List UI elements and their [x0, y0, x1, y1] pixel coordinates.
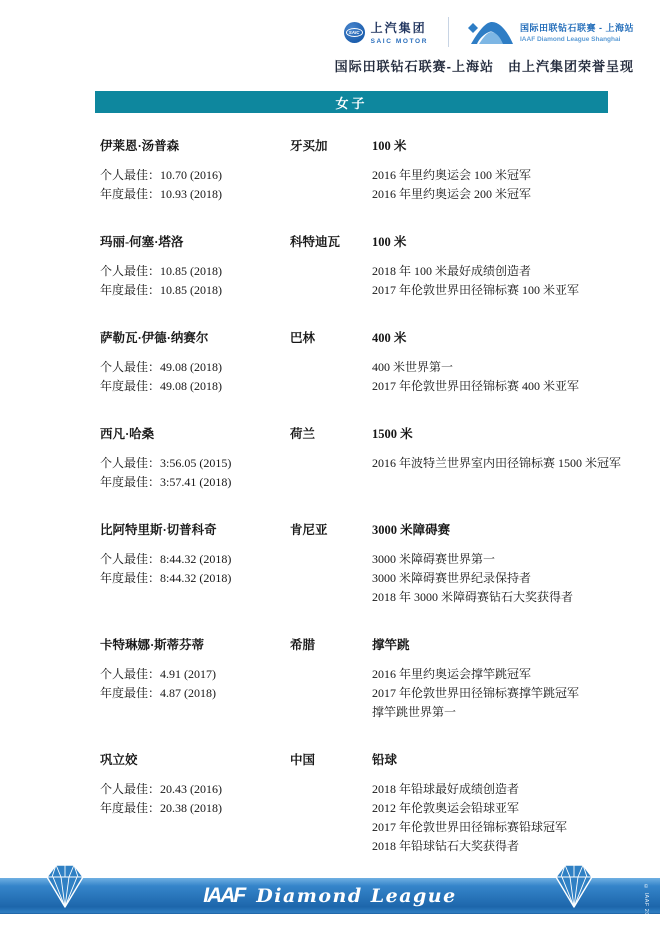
athlete-event: 400 米 — [372, 329, 610, 348]
footer-copyright: © IAAF 2009 — [643, 884, 649, 923]
season-best: 年度最佳：10.93 (2018) — [100, 185, 290, 204]
athlete-entry: 玛丽-何塞·塔洛 科特迪瓦 100 米 个人最佳：10.85 (2018) 年度… — [100, 233, 610, 300]
achievement-line: 撑竿跳世界第一 — [372, 703, 610, 722]
achievement-line: 2017 年伦敦世界田径锦标赛 100 米亚军 — [372, 281, 610, 300]
athlete-entry: 伊莱恩·汤普森 牙买加 100 米 个人最佳：10.70 (2016) 年度最佳… — [100, 137, 610, 204]
diamond-league-name-cn: 国际田联钻石联赛 - 上海站 — [520, 21, 634, 34]
athlete-event: 撑竿跳 — [372, 636, 610, 655]
header-logo-row: SAIC 上汽集团 SAIC MOTOR 国际田联钻石联赛 - 上海站 IAAF… — [344, 17, 634, 47]
achievement-line: 2018 年 100 米最好成绩创造者 — [372, 262, 610, 281]
logo-divider — [448, 17, 449, 47]
athlete-list: 伊莱恩·汤普森 牙买加 100 米 个人最佳：10.70 (2016) 年度最佳… — [100, 137, 610, 885]
section-title-women: 女子 — [95, 91, 608, 113]
athlete-country: 荷兰 — [290, 425, 372, 444]
personal-best: 个人最佳：20.43 (2016) — [100, 780, 290, 799]
achievement-line: 400 米世界第一 — [372, 358, 610, 377]
diamond-league-logo-icon — [467, 19, 513, 45]
athlete-event: 100 米 — [372, 137, 610, 156]
achievement-line: 3000 米障碍赛世界第一 — [372, 550, 610, 569]
personal-best: 个人最佳：49.08 (2018) — [100, 358, 290, 377]
athlete-entry: 西凡·哈桑 荷兰 1500 米 个人最佳：3:56.05 (2015) 年度最佳… — [100, 425, 610, 492]
achievement-line: 2016 年波特兰世界室内田径锦标赛 1500 米冠军 — [372, 454, 621, 473]
personal-best: 个人最佳：3:56.05 (2015) — [100, 454, 290, 473]
diamond-league-name-en: IAAF Diamond League Shanghai — [520, 36, 634, 43]
page: SAIC 上汽集团 SAIC MOTOR 国际田联钻石联赛 - 上海站 IAAF… — [0, 0, 660, 926]
season-best: 年度最佳：8:44.32 (2018) — [100, 569, 290, 588]
athlete-event: 1500 米 — [372, 425, 610, 444]
athlete-country: 牙买加 — [290, 137, 372, 156]
achievement-line: 2018 年铅球最好成绩创造者 — [372, 780, 610, 799]
athlete-country: 希腊 — [290, 636, 372, 655]
personal-best: 个人最佳：4.91 (2017) — [100, 665, 290, 684]
achievement-line: 2017 年伦敦世界田径锦标赛铅球冠军 — [372, 818, 610, 837]
athlete-country: 巴林 — [290, 329, 372, 348]
athlete-event: 100 米 — [372, 233, 610, 252]
achievement-line: 2016 年里约奥运会 100 米冠军 — [372, 166, 610, 185]
diamond-icon — [549, 862, 599, 910]
saic-name-en: SAIC MOTOR — [371, 38, 428, 45]
presented-by-tagline: 国际田联钻石联赛-上海站 由上汽集团荣誉呈现 — [335, 56, 634, 75]
athlete-entry: 比阿特里斯·切普科奇 肯尼亚 3000 米障碍赛 个人最佳：8:44.32 (2… — [100, 521, 610, 607]
season-best: 年度最佳：49.08 (2018) — [100, 377, 290, 396]
achievement-line: 3000 米障碍赛世界纪录保持者 — [372, 569, 610, 588]
athlete-event: 铅球 — [372, 751, 610, 770]
athlete-entry: 巩立姣 中国 铅球 个人最佳：20.43 (2016) 年度最佳：20.38 (… — [100, 751, 610, 856]
diamond-icon — [40, 862, 90, 910]
iaaf-wordmark: IAAF — [203, 884, 244, 908]
diamond-league-logo: 国际田联钻石联赛 - 上海站 IAAF Diamond League Shang… — [467, 19, 634, 45]
achievement-line: 2016 年里约奥运会撑竿跳冠军 — [372, 665, 610, 684]
athlete-name: 萨勒瓦·伊德·纳赛尔 — [100, 329, 290, 348]
achievement-line: 2017 年伦敦世界田径锦标赛撑竿跳冠军 — [372, 684, 610, 703]
achievement-line: 2018 年铅球钻石大奖获得者 — [372, 837, 610, 856]
season-best: 年度最佳：4.87 (2018) — [100, 684, 290, 703]
achievement-line: 2016 年里约奥运会 200 米冠军 — [372, 185, 610, 204]
athlete-name: 玛丽-何塞·塔洛 — [100, 233, 290, 252]
athlete-country: 肯尼亚 — [290, 521, 372, 540]
personal-best: 个人最佳：10.85 (2018) — [100, 262, 290, 281]
saic-motor-logo: SAIC 上汽集团 SAIC MOTOR — [344, 19, 428, 45]
achievement-line: 2012 年伦敦奥运会铅球亚军 — [372, 799, 610, 818]
iaaf-diamond-league-wordmark: IAAF Diamond League — [203, 884, 456, 908]
diamond-league-wordmark: Diamond League — [256, 885, 456, 907]
athlete-entry: 卡特琳娜·斯蒂芬蒂 希腊 撑竿跳 个人最佳：4.91 (2017) 年度最佳：4… — [100, 636, 610, 722]
achievement-line: 2017 年伦敦世界田径锦标赛 400 米亚军 — [372, 377, 610, 396]
athlete-name: 西凡·哈桑 — [100, 425, 290, 444]
saic-logo-icon: SAIC — [344, 22, 365, 43]
athlete-name: 比阿特里斯·切普科奇 — [100, 521, 290, 540]
saic-badge-text: SAIC — [346, 28, 363, 37]
season-best: 年度最佳：3:57.41 (2018) — [100, 473, 290, 492]
athlete-country: 科特迪瓦 — [290, 233, 372, 252]
season-best: 年度最佳：20.38 (2018) — [100, 799, 290, 818]
personal-best: 个人最佳：10.70 (2016) — [100, 166, 290, 185]
saic-name-cn: 上汽集团 — [371, 19, 428, 36]
athlete-name: 卡特琳娜·斯蒂芬蒂 — [100, 636, 290, 655]
athlete-event: 3000 米障碍赛 — [372, 521, 610, 540]
athlete-name: 巩立姣 — [100, 751, 290, 770]
achievement-line: 2018 年 3000 米障碍赛钻石大奖获得者 — [372, 588, 610, 607]
athlete-entry: 萨勒瓦·伊德·纳赛尔 巴林 400 米 个人最佳：49.08 (2018) 年度… — [100, 329, 610, 396]
athlete-country: 中国 — [290, 751, 372, 770]
personal-best: 个人最佳：8:44.32 (2018) — [100, 550, 290, 569]
athlete-name: 伊莱恩·汤普森 — [100, 137, 290, 156]
season-best: 年度最佳：10.85 (2018) — [100, 281, 290, 300]
